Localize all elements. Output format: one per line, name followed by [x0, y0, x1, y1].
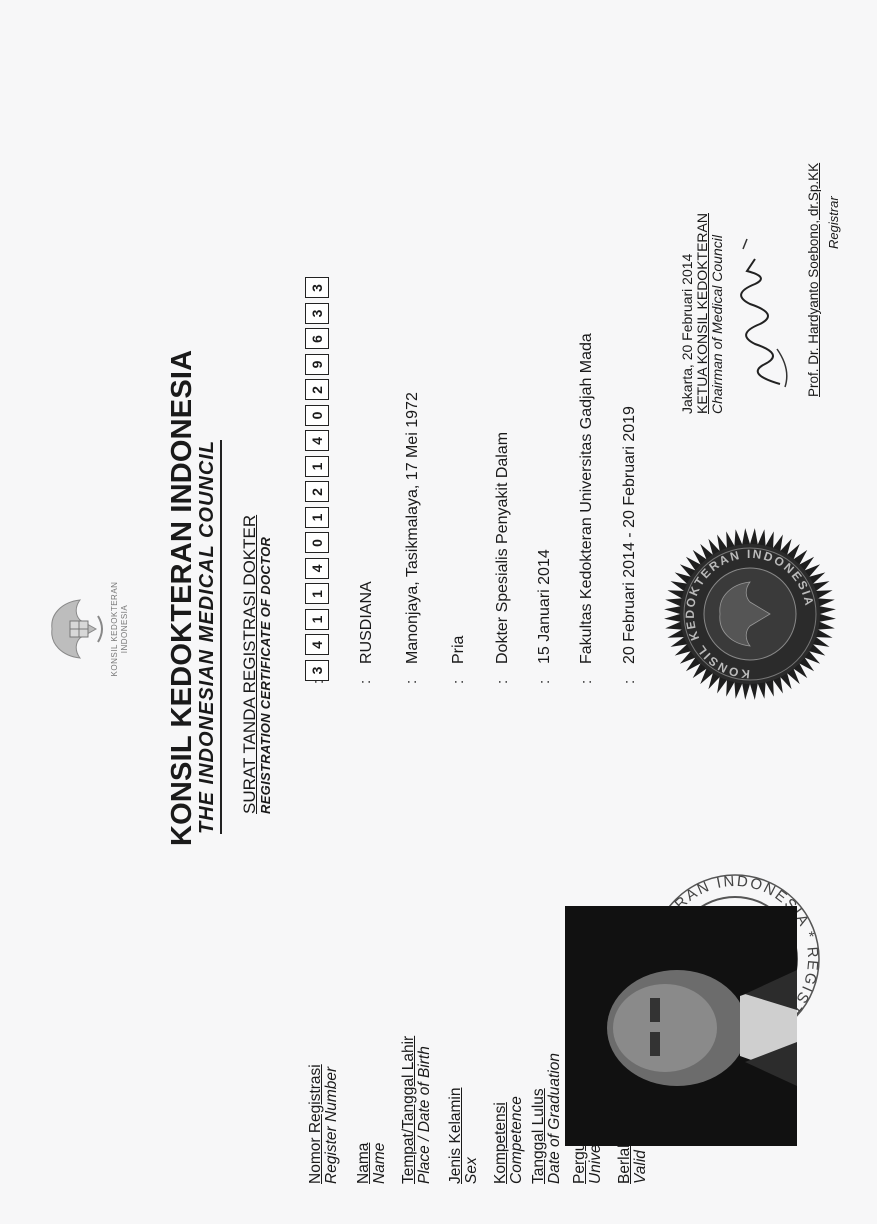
register-digit: 0	[305, 533, 329, 554]
register-digit: 4	[305, 431, 329, 452]
field-label: Jenis Kelamin	[447, 984, 464, 1184]
logo-text-line2: INDONESIA	[120, 574, 130, 684]
signer-name: Prof. Dr. Hardyanto Soebono, dr.Sp.KK	[806, 163, 821, 397]
register-digit: 3	[305, 303, 329, 324]
registration-certificate: KONSIL KEDOKTERAN INDONESIA KONSIL KEDOK…	[0, 0, 877, 1224]
register-digit: 1	[305, 609, 329, 630]
field-label-english: Date of Graduation	[547, 984, 563, 1184]
register-digit: 4	[305, 635, 329, 656]
embossed-seal: KONSIL KEDOKTERAN INDONESIA	[660, 524, 845, 704]
colon: :	[494, 680, 511, 684]
field-label-english: Sex	[464, 984, 480, 1184]
field-register-number: Nomor Registrasi Register Number	[307, 984, 340, 1184]
value-competence: Dokter Spesialis Penyakit Dalam	[494, 432, 512, 664]
value-valid: 20 Februari 2014 - 20 Februari 2019	[621, 406, 639, 664]
colon: :	[450, 680, 467, 684]
signer-position: KETUA KONSIL KEDOKTERAN	[695, 213, 710, 414]
register-digit: 3	[305, 278, 329, 299]
register-digit: 1	[305, 584, 329, 605]
register-digit: 2	[305, 482, 329, 503]
place-date: Jakarta, 20 Februari 2014	[680, 213, 695, 414]
field-label: Tempat/Tanggal Lahir	[400, 984, 417, 1184]
field-name: Nama Name	[355, 984, 388, 1184]
value-sex: Pria	[450, 636, 468, 664]
field-label-english: Register Number	[324, 984, 340, 1184]
colon: :	[621, 680, 638, 684]
register-digit: 9	[305, 354, 329, 375]
field-label: Nama	[355, 984, 372, 1184]
council-logo: KONSIL KEDOKTERAN INDONESIA	[40, 574, 130, 684]
logo-text-line1: KONSIL KEDOKTERAN	[110, 574, 120, 684]
register-digit: 2	[305, 380, 329, 401]
register-number-boxes: 3411401214029633	[305, 273, 329, 681]
value-name: RUSDIANA	[358, 581, 376, 664]
field-birth: Tempat/Tanggal Lahir Place / Date of Bir…	[400, 984, 433, 1184]
colon: :	[403, 680, 420, 684]
field-label: Tanggal Lulus	[530, 984, 547, 1184]
register-digit: 1	[305, 456, 329, 477]
colon: :	[536, 680, 553, 684]
field-competence: Kompetensi Competence	[492, 984, 525, 1184]
council-title-english: THE INDONESIAN MEDICAL COUNCIL	[196, 440, 222, 834]
field-graduation-date: Tanggal Lulus Date of Graduation	[530, 984, 563, 1184]
signature-icon	[725, 229, 795, 389]
field-sex: Jenis Kelamin Sex	[447, 984, 480, 1184]
field-label-english: Place / Date of Birth	[417, 984, 433, 1184]
value-university: Fakultas Kedokteran Universitas Gadjah M…	[578, 333, 596, 664]
signer-position-english: Chairman of Medical Council	[710, 213, 725, 414]
register-digit: 4	[305, 558, 329, 579]
doctor-portrait-photo	[565, 906, 797, 1146]
signer-role: Registrar	[826, 196, 841, 249]
register-digit: 6	[305, 329, 329, 350]
field-label: Nomor Registrasi	[307, 984, 324, 1184]
garuda-emblem-icon	[40, 594, 110, 664]
colon: :	[357, 680, 374, 684]
register-digit: 0	[305, 405, 329, 426]
council-title: KONSIL KEDOKTERAN INDONESIA	[166, 350, 199, 846]
value-birth: Manonjaya, Tasikmalaya, 17 Mei 1972	[404, 392, 422, 664]
field-label-english: Name	[372, 984, 388, 1184]
field-label: Kompetensi	[492, 984, 509, 1184]
register-digit: 1	[305, 507, 329, 528]
certificate-title-english: REGISTRATION CERTIFICATE OF DOCTOR	[258, 537, 273, 814]
field-label-english: Competence	[509, 984, 525, 1184]
colon: :	[578, 680, 595, 684]
signature-block: Jakarta, 20 Februari 2014 KETUA KONSIL K…	[680, 213, 725, 414]
certificate-title: SURAT TANDA REGISTRASI DOKTER	[240, 515, 260, 814]
doctor-photo	[565, 906, 797, 1146]
scanned-page: KONSIL KEDOKTERAN INDONESIA KONSIL KEDOK…	[0, 0, 877, 1224]
embossed-seal-icon: KONSIL KEDOKTERAN INDONESIA	[660, 524, 840, 704]
register-digit: 3	[305, 660, 329, 681]
value-graduation-date: 15 Januari 2014	[536, 549, 554, 664]
handwritten-signature	[725, 229, 800, 389]
